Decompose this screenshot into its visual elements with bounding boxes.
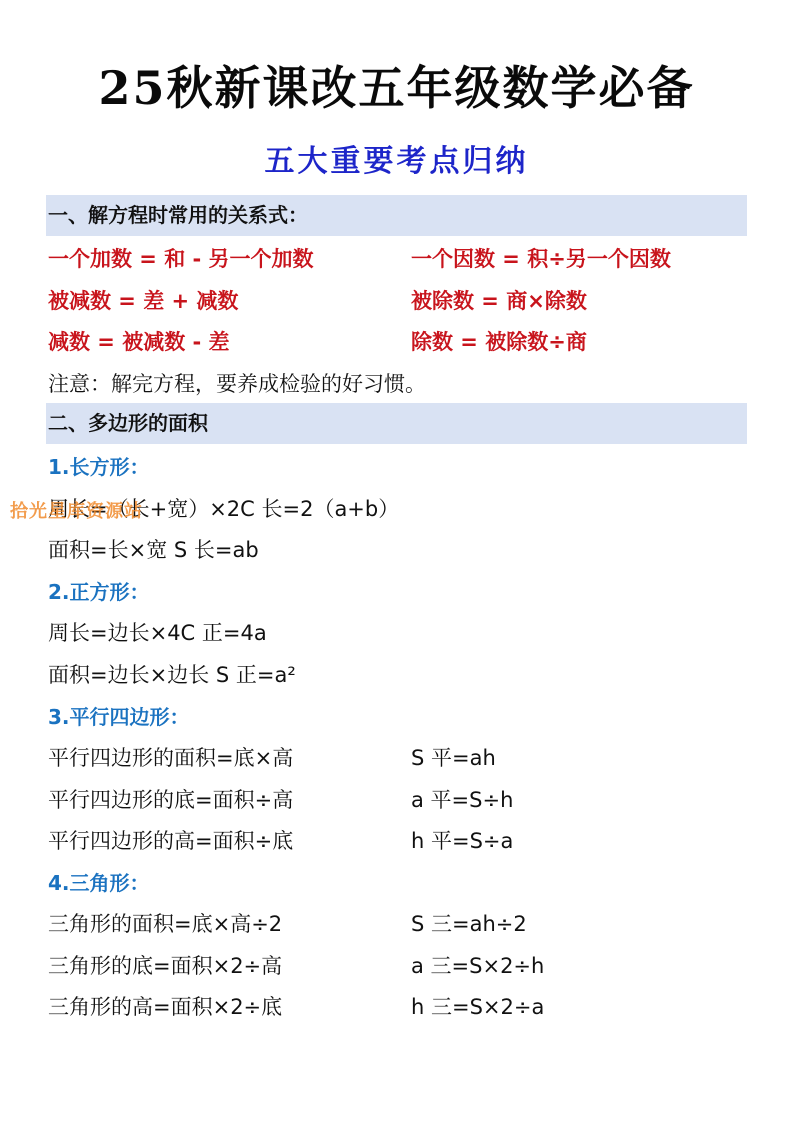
parallelogram-base: 平行四边形的底=面积÷高 <box>48 785 293 815</box>
triangle-height-symbol: h 三=S×2÷a <box>411 992 544 1022</box>
subheading-parallelogram: 3.平行四边形： <box>48 702 190 732</box>
page-title: 25秋新课改五年级数学必备 <box>0 58 793 118</box>
square-perimeter: 周长=边长×4C 正=4a <box>48 618 267 648</box>
subheading-square: 2.正方形： <box>48 577 150 607</box>
parallelogram-area: 平行四边形的面积=底×高 <box>48 743 293 773</box>
page-subtitle: 五大重要考点归纳 <box>0 140 793 184</box>
triangle-base-symbol: a 三=S×2÷h <box>411 951 544 981</box>
formula-divisor: 除数 = 被除数÷商 <box>411 327 587 357</box>
watermark: 拾光星库资源站 <box>10 497 143 523</box>
triangle-height: 三角形的高=面积×2÷底 <box>48 992 282 1022</box>
formula-subtrahend: 减数 = 被减数 - 差 <box>48 327 230 357</box>
parallelogram-area-symbol: S 平=ah <box>411 743 496 773</box>
triangle-area-symbol: S 三=ah÷2 <box>411 909 527 939</box>
formula-minuend: 被减数 = 差 + 减数 <box>48 286 238 316</box>
subheading-triangle: 4.三角形： <box>48 868 150 898</box>
rectangle-area: 面积=长×宽 S 长=ab <box>48 535 259 565</box>
triangle-base: 三角形的底=面积×2÷高 <box>48 951 282 981</box>
parallelogram-height-symbol: h 平=S÷a <box>411 826 513 856</box>
subheading-rectangle: 1.长方形： <box>48 452 150 482</box>
parallelogram-base-symbol: a 平=S÷h <box>411 785 513 815</box>
section-heading-polygons: 二、多边形的面积 <box>48 403 208 444</box>
parallelogram-height: 平行四边形的高=面积÷底 <box>48 826 293 856</box>
triangle-area: 三角形的面积=底×高÷2 <box>48 909 282 939</box>
section-heading-equations: 一、解方程时常用的关系式： <box>48 195 308 236</box>
square-area: 面积=边长×边长 S 正=a² <box>48 660 296 690</box>
formula-dividend: 被除数 = 商×除数 <box>411 286 587 316</box>
formula-addend: 一个加数 = 和 - 另一个加数 <box>48 244 314 274</box>
formula-factor: 一个因数 = 积÷另一个因数 <box>411 244 671 274</box>
note-text: 注意：解完方程，要养成检验的好习惯。 <box>48 369 426 399</box>
